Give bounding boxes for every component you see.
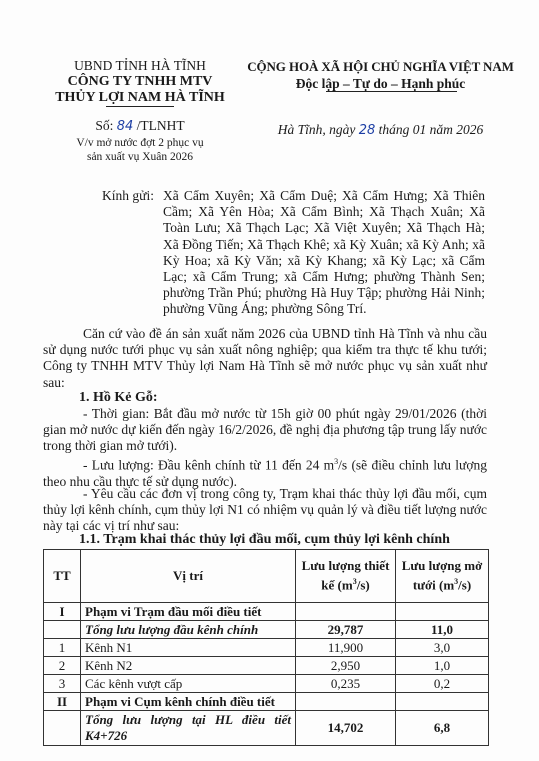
date-suffix: tháng 01 năm 2026 [379,122,484,137]
cell-open-flow: 11,0 [396,621,489,639]
cell-tt [44,711,81,746]
header-design-flow: Lưu lượng thiết kế (m3/s) [296,550,396,603]
request-item: - Yêu cầu các đơn vị trong công ty, Trạm… [43,486,487,535]
table-row: Tổng lưu lượng tại HL điều tiết K4+72614… [44,711,489,746]
cell-design-flow [296,603,396,621]
cell-design-flow: 29,787 [296,621,396,639]
document-number-label: Số: [95,118,113,133]
cell-open-flow: 0,2 [396,675,489,693]
cell-design-flow: 11,900 [296,639,396,657]
subsection-1-1-heading: 1.1. Trạm khai thác thủy lợi đầu mối, cụ… [79,532,450,548]
document-number: Số: 84 /TLNHT [40,118,240,134]
table-row: IIPhạm vi Cụm kênh chính điều tiết [44,693,489,711]
issuer-company-line1: CÔNG TY TNHH MTV [40,74,240,90]
document-date: Hà Tĩnh, ngày 28 tháng 01 năm 2026 [222,122,539,138]
recipients-list: Xã Cẩm Xuyên; Xã Cẩm Duệ; Xã Cẩm Hưng; X… [163,188,485,318]
flow-item: - Lưu lượng: Đầu kênh chính từ 11 đến 24… [43,454,487,490]
document-number-handwritten: 84 [117,119,134,134]
cell-location: Tổng lưu lượng tại HL điều tiết K4+726 [81,711,296,746]
flow-table: TT Vị trí Lưu lượng thiết kế (m3/s) Lưu … [43,549,489,746]
cell-location: Các kênh vượt cấp [81,675,296,693]
national-title: CỘNG HOÀ XÃ HỘI CHỦ NGHĨA VIỆT NAM [222,58,539,75]
national-header: CỘNG HOÀ XÃ HỘI CHỦ NGHĨA VIỆT NAM Độc l… [222,58,539,92]
cell-open-flow: 6,8 [396,711,489,746]
document-subject: V/v mở nước đợt 2 phục vụ sản xuất vụ Xu… [40,136,240,164]
table-row: IPhạm vi Trạm đầu mối điều tiết [44,603,489,621]
issuer-company-line2: THỦY LỢI NAM HÀ TĨNH [55,90,225,106]
cell-tt: 3 [44,675,81,693]
cell-tt: 2 [44,657,81,675]
cell-design-flow: 14,702 [296,711,396,746]
table-row: Tổng lưu lượng đầu kênh chính29,78711,0 [44,621,489,639]
cell-open-flow [396,603,489,621]
header-location: Vị trí [81,550,296,603]
cell-tt: II [44,693,81,711]
cell-open-flow [396,693,489,711]
cell-tt: 1 [44,639,81,657]
time-item: - Thời gian: Bắt đầu mở nước từ 15h giờ … [43,406,487,455]
cell-location: Kênh N2 [81,657,296,675]
cell-location: Tổng lưu lượng đầu kênh chính [81,621,296,639]
table-header-row: TT Vị trí Lưu lượng thiết kế (m3/s) Lưu … [44,550,489,603]
cell-tt [44,621,81,639]
issuer-block: UBND TỈNH HÀ TĨNH CÔNG TY TNHH MTV THỦY … [40,58,240,106]
cell-location: Phạm vi Cụm kênh chính điều tiết [81,693,296,711]
cell-design-flow: 0,235 [296,675,396,693]
cell-tt: I [44,603,81,621]
header-open-flow: Lưu lượng mở tưới (m3/s) [396,550,489,603]
cell-location: Kênh N1 [81,639,296,657]
table-row: 3Các kênh vượt cấp0,2350,2 [44,675,489,693]
issuer-authority: UBND TỈNH HÀ TĨNH [40,58,240,74]
cell-open-flow: 1,0 [396,657,489,675]
cell-design-flow: 2,950 [296,657,396,675]
date-prefix: Hà Tĩnh, ngày [278,122,356,137]
header-tt: TT [44,550,81,603]
table-row: 1Kênh N111,9003,0 [44,639,489,657]
date-day-handwritten: 28 [359,123,376,138]
cell-open-flow: 3,0 [396,639,489,657]
section-1-heading: 1. Hồ Kẻ Gỗ: [79,390,158,406]
subject-line-1: V/v mở nước đợt 2 phục vụ [40,136,240,150]
cell-location: Phạm vi Trạm đầu mối điều tiết [81,603,296,621]
recipients-label: Kính gửi: [102,188,154,204]
national-motto: Độc lập – Tự do – Hạnh phúc [296,75,466,92]
intro-paragraph: Căn cứ vào đề án sản xuất năm 2026 của U… [43,326,487,391]
cell-design-flow [296,693,396,711]
flow-item-text: - Lưu lượng: Đầu kênh chính từ 11 đến 24… [83,458,334,473]
table-row: 2Kênh N22,9501,0 [44,657,489,675]
document-number-suffix: /TLNHT [137,118,185,133]
subject-line-2: sản xuất vụ Xuân 2026 [40,150,240,164]
